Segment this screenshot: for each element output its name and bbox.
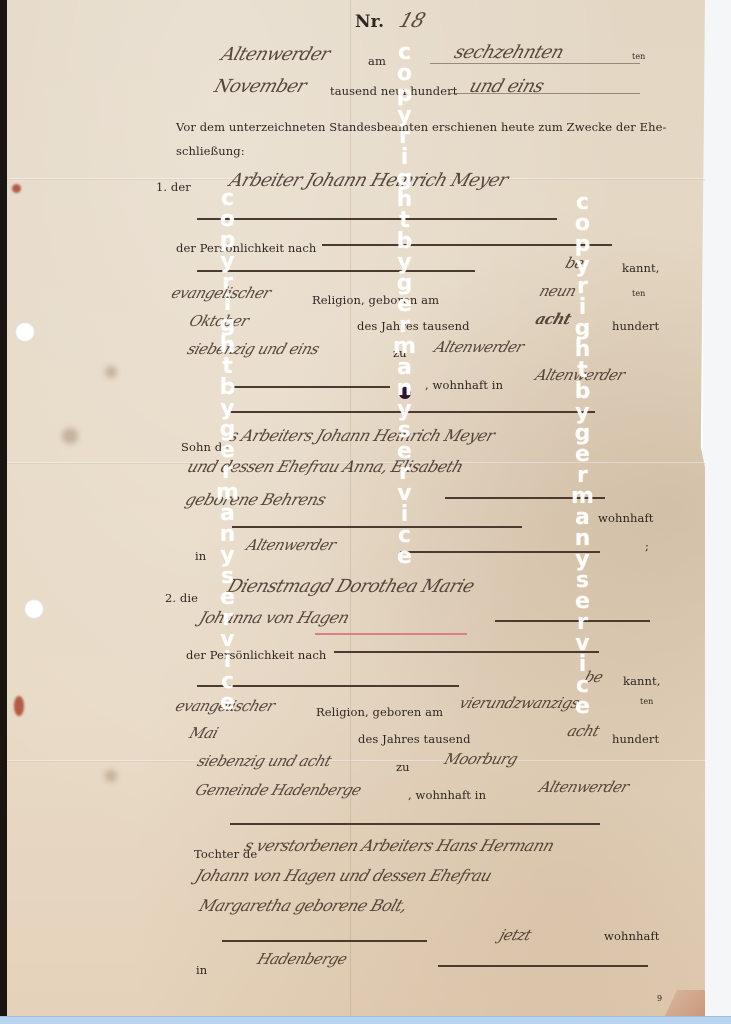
watermark-letter: t: [577, 360, 588, 381]
watermark-letter: r: [577, 465, 588, 486]
bride-residence-label: , wohnhaft in: [408, 788, 486, 802]
spot: [105, 366, 117, 378]
watermark-letter: e: [220, 587, 235, 608]
day-handwritten: sechzehnten: [452, 42, 567, 63]
watermark-letter: g: [397, 273, 413, 294]
page-number: 9: [657, 994, 662, 1003]
bride-birthplace-2: Gemeinde Hadenberge: [193, 781, 363, 799]
watermark-letter: a: [220, 503, 235, 524]
watermark-letter: n: [575, 528, 591, 549]
bride-name-1: Dienstmagd Dorothea Marie: [225, 576, 477, 597]
rule: [438, 965, 648, 967]
watermark-letter: y: [575, 549, 589, 570]
watermark-letter: r: [222, 608, 233, 629]
bride-birth-century: acht: [565, 722, 601, 740]
bride-birthplace-1: Moorburg: [442, 750, 520, 768]
watermark-letter: y: [575, 255, 589, 276]
scan-background: [703, 0, 731, 1016]
bride-birth-day: vierundzwanzigs: [457, 694, 581, 712]
watermark-letter: e: [575, 444, 590, 465]
watermark-letter: g: [220, 314, 236, 335]
month-handwritten: November: [212, 76, 309, 97]
watermark-letter: h: [575, 339, 591, 360]
watermark-letter: r: [222, 461, 233, 482]
groom-known-suffix: kannt,: [622, 261, 660, 275]
groom-parents-residence-label: wohnhaft: [598, 511, 654, 525]
bride-parents-residence-label: wohnhaft: [604, 929, 660, 943]
watermark-letter: t: [222, 356, 233, 377]
watermark-letter: c: [398, 42, 411, 63]
paper-fold: [350, 0, 351, 1016]
am-label: am: [368, 54, 386, 68]
watermark-letter: i: [224, 293, 232, 314]
groom-end-punct: ;: [645, 539, 649, 553]
groom-century-suffix: hundert: [612, 319, 659, 333]
watermark-column: copyrightbygermanyservice: [571, 192, 594, 717]
bride-parents-3: Margaretha geborene Bolt,: [197, 896, 410, 915]
watermark-letter: v: [220, 629, 234, 650]
bride-year-label: des Jahres tausend: [358, 732, 471, 746]
watermark-letter: y: [575, 402, 589, 423]
watermark-letter: p: [220, 230, 236, 251]
watermark-letter: t: [399, 210, 410, 231]
watermark-letter: i: [224, 650, 232, 671]
spot: [62, 428, 78, 444]
rule: [230, 386, 390, 388]
watermark-column: copyrightbygermanyservice: [216, 188, 239, 713]
groom-number-label: 1. der: [156, 180, 191, 194]
watermark-letter: o: [220, 209, 235, 230]
groom-residence-label: , wohnhaft in: [425, 378, 503, 392]
groom-parents-3: geborene Behrens: [183, 490, 328, 509]
watermark-letter: e: [575, 591, 590, 612]
punch-hole: [15, 322, 35, 342]
watermark-letter: n: [220, 524, 236, 545]
watermark-letter: c: [398, 525, 411, 546]
rule: [400, 551, 600, 553]
bride-parents-residence-prefix: jetzt: [497, 926, 533, 944]
watermark-letter: h: [397, 189, 413, 210]
watermark-letter: o: [575, 213, 590, 234]
watermark-letter: m: [393, 336, 416, 357]
watermark-letter: h: [220, 335, 236, 356]
rule: [430, 63, 640, 64]
watermark-letter: y: [220, 251, 234, 272]
watermark-letter: g: [575, 318, 591, 339]
watermark-letter: g: [220, 419, 236, 440]
watermark-letter: m: [216, 482, 239, 503]
watermark-letter: r: [399, 126, 410, 147]
watermark-letter: c: [576, 192, 589, 213]
groom-birth-year: siebenzig und eins: [185, 340, 321, 358]
watermark-letter: e: [397, 546, 412, 567]
watermark-letter: b: [220, 377, 236, 398]
watermark-letter: c: [576, 675, 589, 696]
bride-birth-day-suffix: ten: [640, 697, 653, 706]
watermark-letter: i: [401, 504, 409, 525]
watermark-letter: y: [397, 252, 411, 273]
rule: [450, 93, 640, 94]
document-page: [7, 0, 705, 1016]
watermark-letter: a: [397, 357, 412, 378]
watermark-letter: m: [571, 486, 594, 507]
groom-parents-1: s Arbeiters Johann Heinrich Meyer: [227, 426, 497, 445]
watermark-column: copyrightbygermanyservice: [393, 42, 416, 567]
watermark-letter: y: [220, 398, 234, 419]
rule: [334, 651, 599, 653]
watermark-letter: r: [577, 612, 588, 633]
watermark-letter: s: [576, 570, 589, 591]
paper-fold: [7, 760, 705, 762]
watermark-letter: n: [397, 378, 413, 399]
bride-zu-label: zu: [396, 760, 410, 774]
groom-birth-century: acht: [533, 310, 573, 328]
bride-number-label: 2. die: [165, 591, 198, 605]
bride-parents-in-label: in: [196, 963, 207, 977]
rule: [232, 526, 522, 528]
watermark-letter: y: [220, 545, 234, 566]
punch-hole: [24, 599, 44, 619]
watermark-letter: y: [397, 399, 411, 420]
stain: [14, 696, 24, 716]
rule: [230, 823, 600, 825]
watermark-letter: v: [397, 483, 411, 504]
bride-known-suffix: kannt,: [623, 674, 661, 688]
bride-residence: Altenwerder: [537, 778, 631, 796]
watermark-letter: e: [397, 441, 412, 462]
watermark-letter: g: [575, 423, 591, 444]
groom-birthplace: Altenwerder: [432, 338, 526, 356]
intro-line-2: schließung:: [176, 144, 245, 158]
watermark-letter: e: [220, 440, 235, 461]
groom-parents-residence: Altenwerder: [244, 536, 338, 554]
watermark-letter: e: [220, 692, 235, 713]
bride-religion-label: Religion, geboren am: [316, 705, 443, 719]
groom-birth-day-suffix: ten: [632, 289, 645, 298]
watermark-letter: r: [399, 315, 410, 336]
groom-religion-label: Religion, geboren am: [312, 293, 439, 307]
place-handwritten: Altenwerder: [219, 44, 333, 65]
watermark-letter: e: [397, 294, 412, 315]
watermark-letter: b: [575, 381, 591, 402]
watermark-letter: s: [398, 420, 411, 441]
watermark-letter: a: [575, 507, 590, 528]
scan-left-border: [0, 0, 7, 1016]
watermark-letter: i: [401, 147, 409, 168]
watermark-letter: r: [222, 272, 233, 293]
watermark-letter: y: [397, 105, 411, 126]
bride-parents-residence: Hadenberge: [255, 950, 349, 968]
intro-line-1: Vor dem unterzeichneten Standesbeamten e…: [176, 120, 667, 134]
groom-identity-label: der Persönlichkeit nach: [176, 241, 316, 255]
watermark-letter: g: [397, 168, 413, 189]
bride-identity-label: der Persönlichkeit nach: [186, 648, 326, 662]
watermark-letter: e: [575, 696, 590, 717]
watermark-letter: r: [399, 462, 410, 483]
watermark-letter: p: [397, 84, 413, 105]
watermark-letter: p: [575, 234, 591, 255]
watermark-letter: i: [579, 297, 587, 318]
groom-parents-in-label: in: [195, 549, 206, 563]
watermark-letter: s: [221, 566, 234, 587]
watermark-letter: c: [221, 671, 234, 692]
bride-century-suffix: hundert: [612, 732, 659, 746]
day-suffix: ten: [632, 52, 645, 61]
watermark-letter: v: [575, 633, 589, 654]
watermark-letter: i: [579, 654, 587, 675]
rule: [197, 218, 557, 220]
bride-birth-year: siebenzig und acht: [195, 752, 333, 770]
stain: [12, 184, 21, 193]
spot: [105, 770, 117, 782]
bride-parents-1: s verstorbenen Arbeiters Hans Hermann: [242, 836, 557, 855]
red-underline: [315, 633, 467, 635]
viewer-bottom-bar: [0, 1016, 731, 1024]
watermark-letter: b: [397, 231, 413, 252]
rule: [322, 244, 612, 246]
entry-number-label: Nr.: [355, 12, 384, 32]
watermark-letter: o: [397, 63, 412, 84]
bride-parents-2: Johann von Hagen und dessen Ehefrau: [193, 866, 494, 885]
watermark-letter: r: [577, 276, 588, 297]
rule: [222, 940, 427, 942]
bride-birth-month: Mai: [187, 724, 220, 742]
watermark-letter: c: [221, 188, 234, 209]
groom-name: Arbeiter Johann Heinrich Meyer: [227, 170, 511, 191]
